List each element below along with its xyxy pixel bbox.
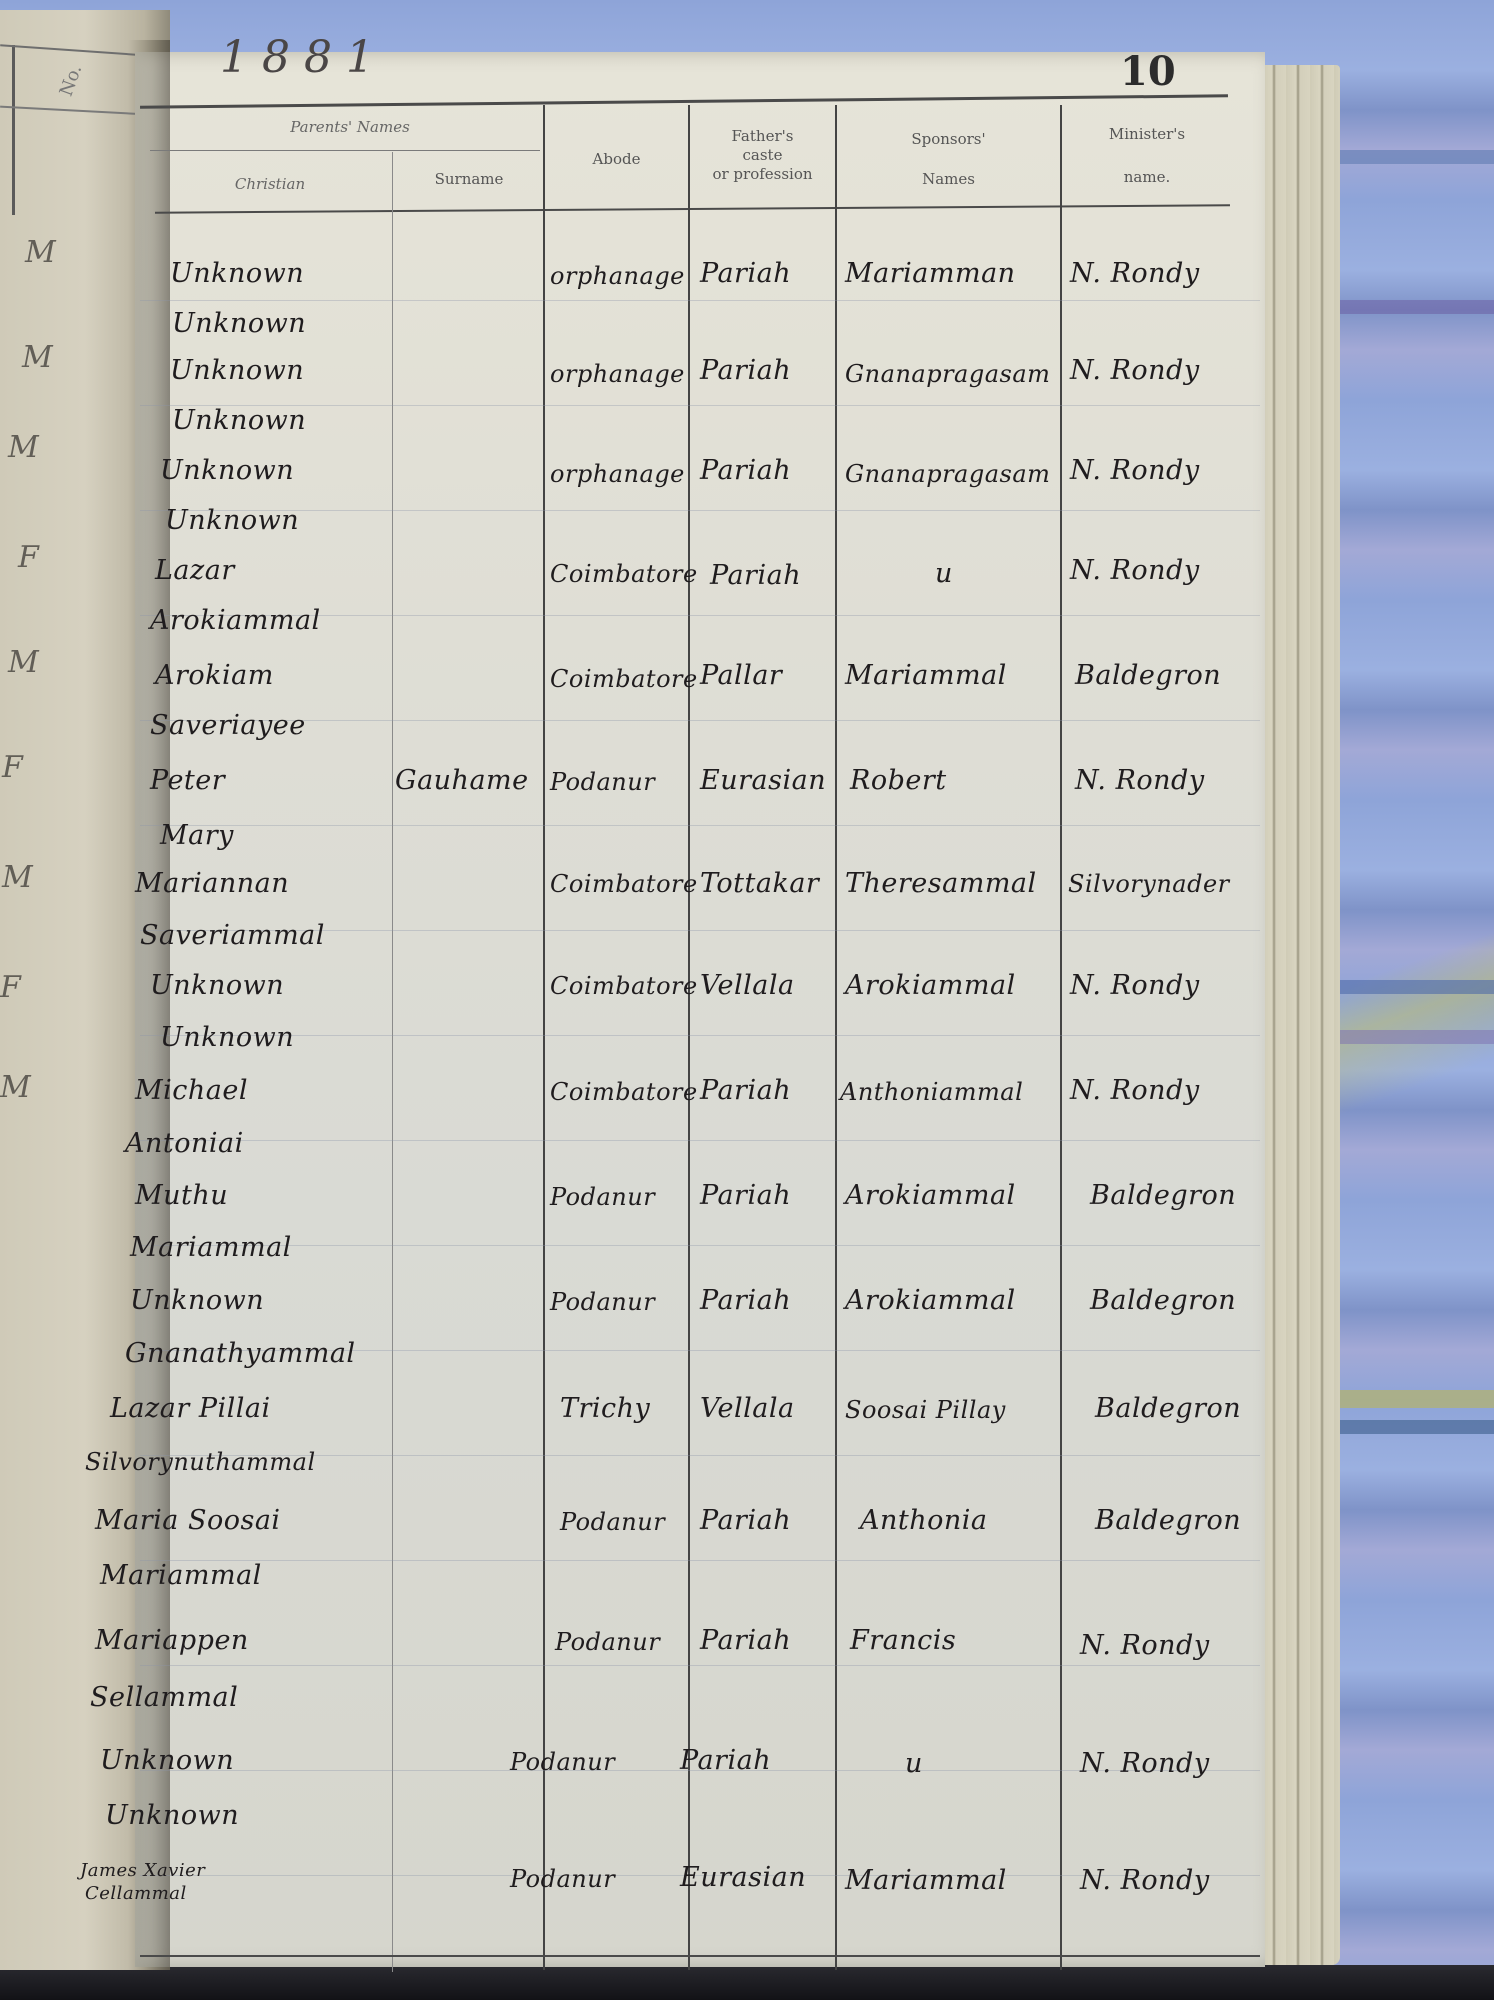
entry-abode: orphanage [550,360,685,388]
entry-mother: Unknown [165,505,299,536]
entry-sponsor: Theresammal [845,868,1037,899]
entry-sponsor: Arokiammal [845,970,1016,1001]
entry-minister: Baldegron [1075,660,1221,691]
page-bottom-rule [140,1955,1260,1957]
margin-mark: M [0,1070,31,1105]
entry-caste: Pariah [680,1745,771,1776]
header-minister-1: Minister's [1062,125,1232,143]
entry-caste: Eurasian [700,765,826,796]
entry-minister: N. Rondy [1075,765,1205,796]
entry-mother: Mary [160,820,234,851]
entry-mother: Unknown [172,405,306,436]
ruled-line [140,1140,1260,1141]
entry-mother: Unknown [160,1022,294,1053]
ruled-line [140,720,1260,721]
entry-sponsor: Arokiammal [845,1180,1016,1211]
entry-minister: N. Rondy [1070,355,1200,386]
entry-sponsor: Mariamman [845,258,1016,289]
entry-mother: Arokiammal [150,605,321,636]
entry-father: Unknown [130,1285,264,1316]
entry-sponsor: Mariammal [845,660,1007,691]
entry-minister: Baldegron [1095,1393,1241,1424]
entry-sponsor: Francis [850,1625,956,1656]
entry-mother: Antoniai [125,1128,244,1159]
entry-abode: Podanur [550,1288,655,1316]
entry-caste: Vellala [700,970,795,1001]
column-divider [543,105,545,1970]
entry-minister: N. Rondy [1070,555,1200,586]
margin-mark: M [8,645,39,680]
ruled-line [140,1665,1260,1666]
header-surname: Surname [395,170,543,188]
entry-sponsor: Gnanapragasam [845,460,1050,488]
ruled-line [140,1245,1260,1246]
entry-surname: Gauhame [395,765,529,796]
entry-abode: Podanur [510,1748,615,1776]
header-sponsors-2: Names [837,170,1060,188]
left-page-rule [12,45,15,215]
column-divider [835,105,837,1970]
ruled-line [140,405,1260,406]
entry-father: Unknown [100,1745,234,1776]
entry-caste: Vellala [700,1393,795,1424]
margin-mark: M [22,340,53,375]
margin-mark: M [2,860,33,895]
column-divider [392,152,393,1972]
entry-sponsor: Arokiammal [845,1285,1016,1316]
left-page-header: No. [56,62,87,99]
entry-caste: Pariah [700,1285,791,1316]
entry-abode: orphanage [550,460,685,488]
ruled-line [140,825,1260,826]
entry-father: Unknown [150,970,284,1001]
entry-abode: Coimbatore [550,972,698,1000]
entry-abode: Podanur [555,1628,660,1656]
book-gutter [128,40,170,1970]
entry-father: Peter [150,765,225,796]
entry-father: Arokiam [155,660,274,691]
entry-minister: Baldegron [1095,1505,1241,1536]
entry-father: Lazar [155,555,235,586]
margin-mark: F [18,540,39,575]
entry-abode: Podanur [550,768,655,796]
entry-caste: Pariah [700,355,791,386]
entry-father: James Xavier [80,1862,205,1880]
entry-mother: Unknown [172,308,306,339]
entry-minister: Silvorynader [1068,870,1230,898]
entry-minister: Baldegron [1090,1180,1236,1211]
entry-caste: Pariah [700,1075,791,1106]
page-edges [1262,65,1340,1965]
ruled-line [140,1560,1260,1561]
entry-abode: Coimbatore [550,560,698,588]
entry-minister: N. Rondy [1080,1748,1210,1779]
entry-abode: Trichy [560,1393,650,1424]
entry-father: Unknown [160,455,294,486]
entry-sponsor: Anthoniammal [840,1078,1023,1106]
entry-mother: Silvorynuthammal [85,1448,316,1476]
column-divider [688,105,690,1970]
entry-caste: Pariah [700,258,791,289]
entry-father: Unknown [170,258,304,289]
entry-abode: Podanur [510,1865,615,1893]
header-christian: Christian [170,175,370,193]
margin-mark: M [8,430,39,465]
header-father-caste-2: caste [690,146,835,164]
ruled-line [140,510,1260,511]
entry-mother: Saveriayee [150,710,306,741]
header-abode: Abode [545,150,688,168]
entry-mother: Saveriammal [140,920,325,951]
page-number: 10 [1120,48,1176,95]
entry-father: Muthu [135,1180,228,1211]
entry-mother: Mariammal [100,1560,262,1591]
register-page [135,52,1265,1967]
entry-sponsor: Mariammal [845,1865,1007,1896]
entry-sponsor: Soosai Pillay [845,1396,1006,1424]
entry-father: Michael [135,1075,248,1106]
margin-mark: M [25,235,56,270]
entry-abode: orphanage [550,262,685,290]
entry-father: Unknown [170,355,304,386]
entry-sponsor: Anthonia [860,1505,988,1536]
entry-sponsor: u [905,1748,923,1779]
entry-mother: Unknown [105,1800,239,1831]
margin-mark: F [0,970,21,1005]
entry-father: Lazar Pillai [110,1393,271,1424]
margin-mark: F [2,750,23,785]
ruled-line [140,1035,1260,1036]
entry-caste: Pariah [700,455,791,486]
entry-mother: Gnanathyammal [125,1338,356,1369]
entry-minister: N. Rondy [1080,1630,1210,1661]
entry-minister: N. Rondy [1080,1865,1210,1896]
ruled-line [140,300,1260,301]
entry-abode: Podanur [560,1508,665,1536]
header-father-caste-1: Father's [690,127,835,145]
entry-sponsor: u [935,558,953,589]
entry-mother: Cellammal [85,1885,187,1903]
entry-minister: N. Rondy [1070,1075,1200,1106]
table-surface-shadow [0,1965,1494,2000]
entry-caste: Tottakar [700,868,819,899]
entry-abode: Coimbatore [550,665,698,693]
entry-caste: Pariah [700,1180,791,1211]
entry-caste: Eurasian [680,1862,806,1893]
entry-father: Mariappen [95,1625,249,1656]
entry-caste: Pariah [700,1625,791,1656]
entry-minister: Baldegron [1090,1285,1236,1316]
entry-abode: Podanur [550,1183,655,1211]
entry-caste: Pariah [700,1505,791,1536]
entry-sponsor: Robert [850,765,947,796]
header-father-caste-3: or profession [690,165,835,183]
entry-father: Mariannan [135,868,289,899]
entry-minister: N. Rondy [1070,970,1200,1001]
entry-mother: Sellammal [90,1682,238,1713]
register-year: 1881 [220,32,388,83]
entry-abode: Coimbatore [550,870,698,898]
header-sponsors-1: Sponsors' [837,130,1060,148]
entry-sponsor: Gnanapragasam [845,360,1050,388]
entry-mother: Mariammal [130,1232,292,1263]
entry-caste: Pariah [710,560,801,591]
header-parents-names: Parents' Names [200,118,500,136]
entry-minister: N. Rondy [1070,258,1200,289]
parents-sub-rule [150,150,540,151]
header-minister-2: name. [1062,168,1232,186]
entry-father: Maria Soosai [95,1505,281,1536]
entry-abode: Coimbatore [550,1078,698,1106]
entry-caste: Pallar [700,660,782,691]
entry-minister: N. Rondy [1070,455,1200,486]
column-divider [1060,105,1062,1970]
